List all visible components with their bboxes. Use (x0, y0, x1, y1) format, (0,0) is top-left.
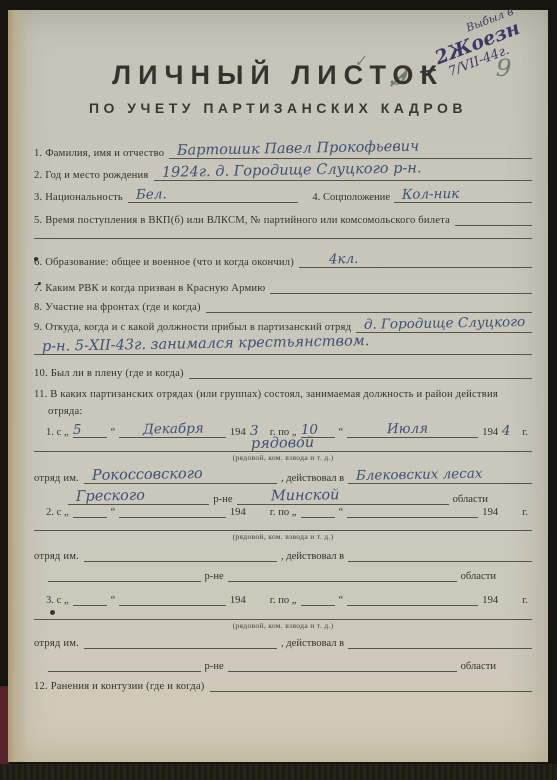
oblasti-label: области (457, 571, 500, 582)
field-nationality-label: 3. Национальность (34, 192, 128, 203)
oblasti-label: области (457, 661, 500, 672)
field-nationality-value: Бел. (128, 188, 167, 202)
field-surname: 1. Фамилия, имя и отчество Бартошик Паве… (8, 143, 548, 159)
field-social-line: Кол-ник (394, 187, 532, 203)
field-surname-label: 1. Фамилия, имя и отчество (34, 148, 169, 159)
field-party-line2 (34, 223, 532, 239)
otryad-im-label: отряд им. (34, 551, 84, 562)
entry1-position-line: рядовой (34, 436, 532, 452)
entry3-position-line (34, 604, 532, 620)
field-arrival-continuation: р-н. 5-XII-43г. занимался крестьянством. (8, 339, 548, 355)
field-wounds: 12. Ранения и контузии (где и когда) (8, 676, 548, 692)
field-arrival: 9. Откуда, когда и с какой должности при… (8, 317, 548, 333)
field-units-heading2: отряда: (8, 401, 548, 417)
field-arrival-value2: р-н. 5-XII-43г. занимался крестьянством. (34, 335, 370, 354)
otryad-im-label: отряд им. (34, 638, 84, 649)
deystvoval-label: , действовал в (277, 551, 348, 562)
field-rvk: 7. Каким РВК и когда призван в Красную А… (8, 278, 548, 294)
entry1-acted-in: Блековских лесах (348, 468, 483, 483)
field-education-value: 4кл. (299, 253, 359, 267)
entry1-end-month: Июля (347, 423, 428, 437)
field-captivity-line (189, 363, 532, 379)
document-subtitle: ПО УЧЕТУ ПАРТИЗАНСКИХ КАДРОВ (8, 100, 548, 116)
field-arrival-line: д. Городище Слуцкого (356, 317, 532, 333)
field-wounds-line (210, 676, 532, 692)
entry1-unit: Рокоссовского (84, 468, 203, 483)
entry2-unit-row: отряд им. , действовал в (8, 546, 548, 562)
entry2-position-line (34, 515, 532, 531)
entry3-region-row: р-не области (8, 656, 548, 672)
field-captivity: 10. Был ли в плену (где и когда) (8, 363, 548, 379)
otryad-im-label: отряд им. (34, 473, 84, 484)
entry2-position-block: (рядовой, ком. взвода и т. д.) (8, 515, 548, 541)
entry1-position-caption: (рядовой, ком. взвода и т. д.) (34, 453, 532, 462)
field-education-line: 4кл. (299, 252, 532, 268)
rne-label: р-не (201, 661, 228, 672)
entry3-oblast-line (228, 656, 457, 672)
entry1-unit-line: Рокоссовского (84, 468, 277, 484)
document-page: ✓ 9 9 Выбыл в 2Жоезн 7/VII-44г. ЛИЧНЫЙ Л… (8, 10, 548, 762)
field-surname-line: Бартошик Павел Прокофьевич (169, 143, 532, 159)
entry2-district-line (48, 566, 201, 582)
entry2-region-row: р-не области (8, 566, 548, 582)
field-units-heading2-text: отряда: (48, 406, 88, 417)
entry1-position: рядовой (251, 437, 315, 451)
field-arrival-label: 9. Откуда, когда и с какой должности при… (34, 322, 356, 333)
field-rvk-line (270, 278, 532, 294)
field-arrival-value1: д. Городище Слуцкого (356, 316, 526, 332)
entry1-start-month: Декабря (119, 423, 204, 437)
field-nationality-social: 3. Национальность Бел. 4. Соцположение К… (8, 187, 548, 203)
entry3-district-line (48, 656, 201, 672)
field-birth-label: 2. Год и место рождения (34, 170, 154, 181)
field-education: 6. Образование: общее и военное (что и к… (8, 252, 548, 268)
entry3-position-block: (рядовой, ком. взвода и т. д.) (8, 604, 548, 630)
field-units-heading-text: 11. В каких партизанских отрядах (или гр… (34, 389, 503, 400)
field-surname-value: Бартошик Павел Прокофьевич (169, 141, 419, 158)
field-wounds-label: 12. Ранения и контузии (где и когда) (34, 681, 210, 692)
field-birth-line: 1924г. д. Городище Слуцкого р-н. (154, 165, 533, 181)
field-captivity-label: 10. Был ли в плену (где и когда) (34, 368, 189, 379)
field-social-label: 4. Соцположение (298, 192, 394, 203)
entry2-unit-line (84, 546, 277, 562)
scanned-document: ✓ 9 9 Выбыл в 2Жоезн 7/VII-44г. ЛИЧНЫЙ Л… (0, 0, 557, 780)
entry2-oblast-line (228, 566, 457, 582)
deystvoval-label: , действовал в (277, 473, 348, 484)
field-nationality-line: Бел. (128, 187, 298, 203)
field-rvk-label: 7. Каким РВК и когда призван в Красную А… (34, 283, 270, 294)
entry2-position-caption: (рядовой, ком. взвода и т. д.) (34, 532, 532, 541)
field-fronts-line (206, 297, 532, 313)
entry1-position-block: рядовой (рядовой, ком. взвода и т. д.) (8, 436, 548, 462)
document-title: ЛИЧНЫЙ ЛИСТОК (8, 60, 548, 91)
deystvoval-label: , действовал в (277, 638, 348, 649)
field-arrival-line2: р-н. 5-XII-43г. занимался крестьянством. (34, 339, 532, 355)
entry1-acted-line: Блековских лесах (348, 468, 532, 484)
scan-bottom-edge (0, 764, 557, 780)
field-birth-value: 1924г. д. Городище Слуцкого р-н. (153, 162, 421, 180)
entry1-unit-row: отряд им. Рокоссовского , действовал в Б… (8, 468, 548, 484)
field-birth: 2. Год и место рождения 1924г. д. Городи… (8, 165, 548, 181)
field-fronts: 8. Участие на фронтах (где и когда) (8, 297, 548, 313)
entry3-position-caption: (рядовой, ком. взвода и т. д.) (34, 621, 532, 630)
entry2-acted-line (348, 546, 532, 562)
entry3-unit-line (84, 633, 277, 649)
entry3-acted-line (348, 633, 532, 649)
field-fronts-label: 8. Участие на фронтах (где и когда) (34, 302, 206, 313)
field-education-label: 6. Образование: общее и военное (что и к… (34, 257, 299, 268)
field-party-continuation (8, 223, 548, 239)
field-social-value: Кол-ник (394, 188, 460, 202)
rne-label: р-не (201, 571, 228, 582)
entry3-unit-row: отряд им. , действовал в (8, 633, 548, 649)
field-units-heading: 11. В каких партизанских отрядах (или гр… (8, 384, 548, 400)
